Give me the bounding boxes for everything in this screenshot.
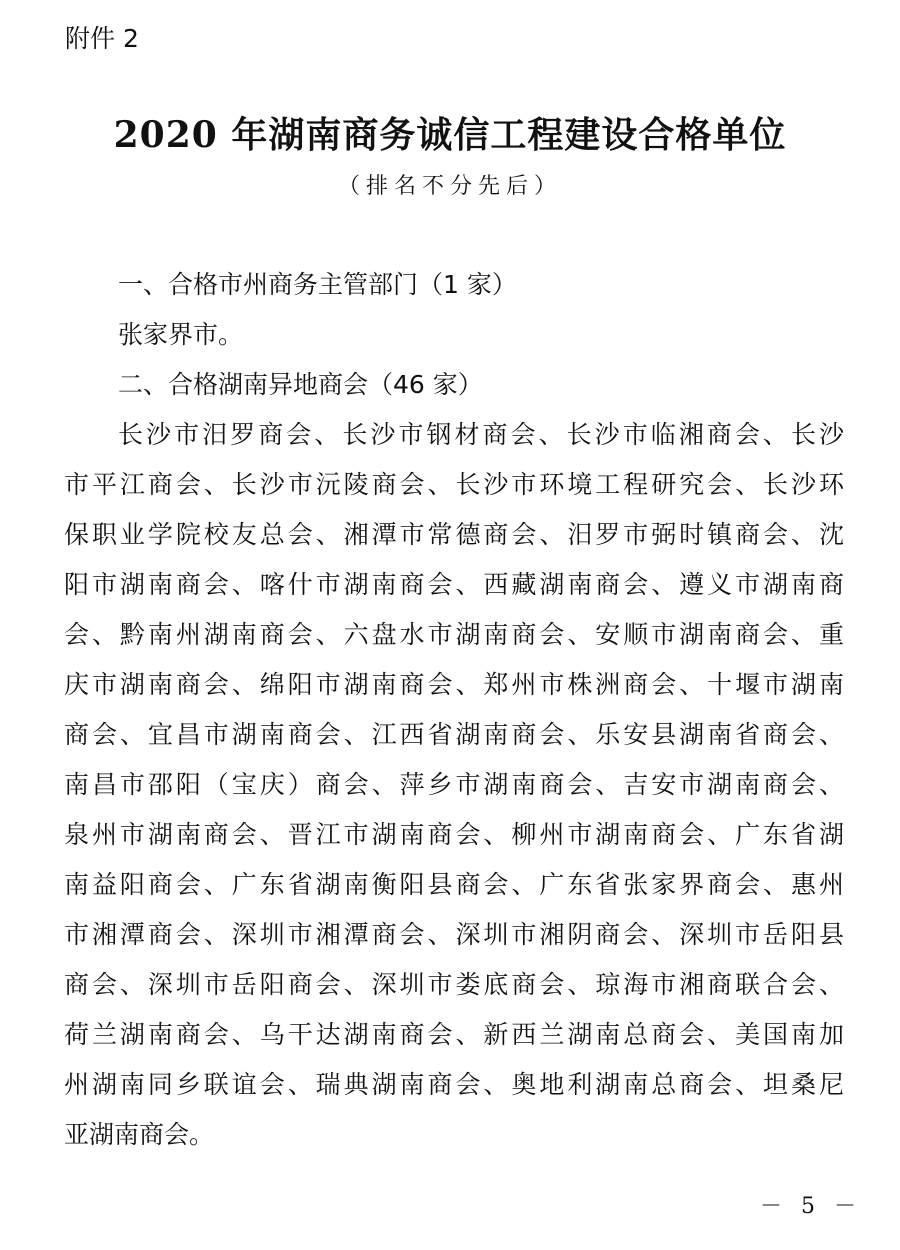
section-1-content: 张家界市。 bbox=[118, 318, 844, 352]
paragraph-line: 市平江商会、长沙市沅陵商会、长沙市环境工程研究会、长沙环 bbox=[64, 468, 844, 502]
paragraph-line: 亚湖南商会。 bbox=[64, 1118, 844, 1152]
paragraph-line: 市湘潭商会、深圳市湘潭商会、深圳市湘阴商会、深圳市岳阳县 bbox=[64, 918, 844, 952]
paragraph-line: 南昌市邵阳（宝庆）商会、萍乡市湖南商会、吉安市湖南商会、 bbox=[64, 768, 844, 802]
page-title: 2020 年湖南商务诚信工程建设合格单位 bbox=[0, 112, 900, 158]
section-heading-1: 一、合格市州商务主管部门（1 家） bbox=[118, 268, 844, 302]
attachment-label: 附件 2 bbox=[65, 22, 139, 56]
paragraph-line: 阳市湖南商会、喀什市湖南商会、西藏湖南商会、遵义市湖南商 bbox=[64, 568, 844, 602]
paragraph-line: 荷兰湖南商会、乌干达湖南商会、新西兰湖南总商会、美国南加 bbox=[64, 1018, 844, 1052]
paragraph-line: 长沙市汨罗商会、长沙市钢材商会、长沙市临湘商会、长沙 bbox=[118, 418, 844, 452]
paragraph-line: 泉州市湖南商会、晋江市湖南商会、柳州市湖南商会、广东省湖 bbox=[64, 818, 844, 852]
paragraph-line: 州湖南同乡联谊会、瑞典湖南商会、奥地利湖南总商会、坦桑尼 bbox=[64, 1068, 844, 1102]
paragraph-line: 商会、宜昌市湖南商会、江西省湖南商会、乐安县湖南省商会、 bbox=[64, 718, 844, 752]
page-number: － 5 － bbox=[760, 1192, 862, 1222]
page-subtitle: （排名不分先后） bbox=[0, 172, 900, 202]
paragraph-line: 庆市湖南商会、绵阳市湖南商会、郑州市株洲商会、十堰市湖南 bbox=[64, 668, 844, 702]
paragraph-line: 保职业学院校友总会、湘潭市常德商会、汨罗市弼时镇商会、沈 bbox=[64, 518, 844, 552]
paragraph-line: 南益阳商会、广东省湖南衡阳县商会、广东省张家界商会、惠州 bbox=[64, 868, 844, 902]
paragraph-line: 会、黔南州湖南商会、六盘水市湖南商会、安顺市湖南商会、重 bbox=[64, 618, 844, 652]
paragraph-line: 商会、深圳市岳阳商会、深圳市娄底商会、琼海市湘商联合会、 bbox=[64, 968, 844, 1002]
section-heading-2: 二、合格湖南异地商会（46 家） bbox=[118, 368, 844, 402]
